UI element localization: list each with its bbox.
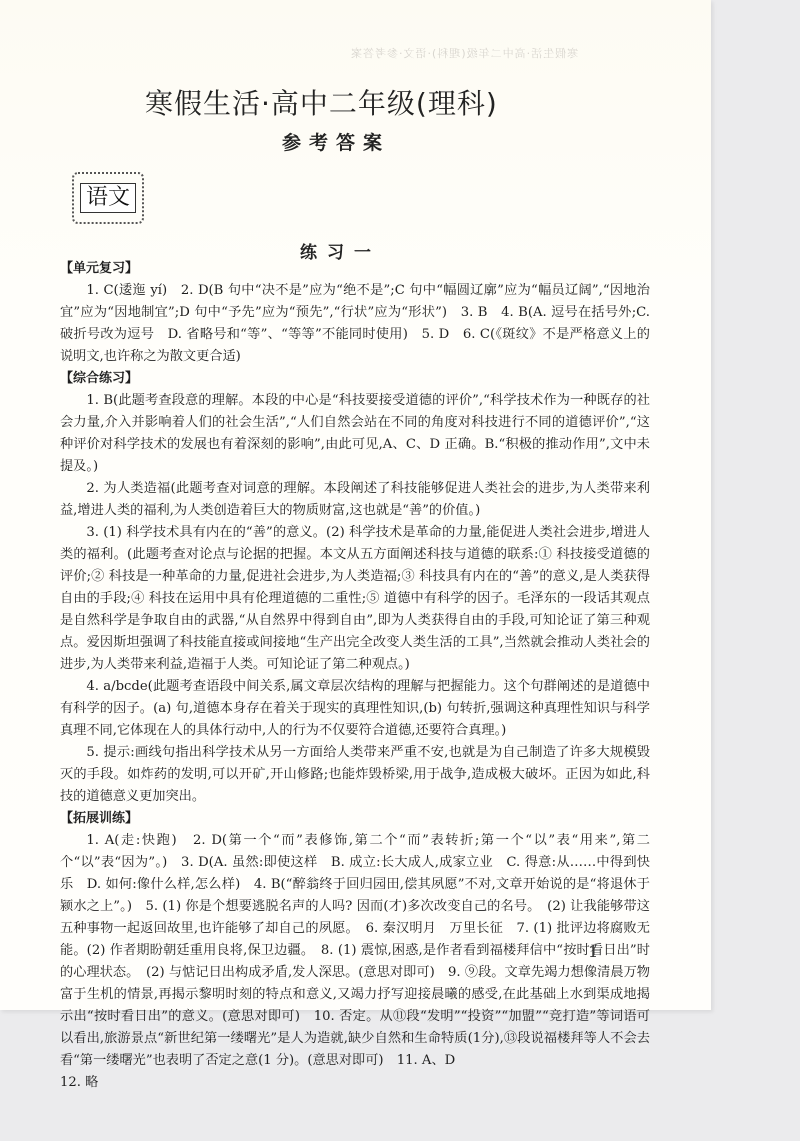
document-title: 寒假生活·高中二年级(理科) bbox=[145, 82, 545, 122]
bleed-through-running-header: 寒假生活·高中二年级(理科)·语文·参考答案 bbox=[350, 45, 578, 61]
page-number: 1 bbox=[588, 942, 598, 961]
document-subtitle: 参考答案 bbox=[282, 128, 390, 155]
answer-paragraph: 5. 提示:画线句指出科学技术从另一方面给人类带来严重不安,也就是为自己制造了许… bbox=[60, 742, 650, 808]
answer-paragraph: 1. C(逶迤 yí) 2. D(B 句中“决不是”应为“绝不是”;C 句中“幅… bbox=[60, 280, 650, 368]
section-heading-unit-review: 【单元复习】 bbox=[60, 258, 650, 280]
section-heading-comprehensive-practice: 【综合练习】 bbox=[60, 368, 650, 390]
answer-paragraph: 4. a/bcde(此题考查语段中间关系,属文章层次结构的理解与把握能力。这个句… bbox=[60, 676, 650, 742]
section-heading-extension-training: 【拓展训练】 bbox=[60, 808, 650, 830]
answer-paragraph: 3. (1) 科学技术具有内在的“善”的意义。(2) 科学技术是革命的力量,能促… bbox=[60, 522, 650, 676]
answer-paragraph: 1. A(走:快跑) 2. D(第一个“而”表修饰,第二个“而”表转折;第一个“… bbox=[60, 830, 650, 1072]
subject-label: 语文 bbox=[80, 183, 136, 213]
answer-paragraph: 2. 为人类造福(此题考查对词意的理解。本段阐述了科技能够促进人类社会的进步,为… bbox=[60, 478, 650, 522]
answer-paragraph: 12. 略 bbox=[60, 1072, 650, 1094]
subject-badge: 语文 bbox=[72, 172, 144, 224]
answer-body: 【单元复习】 1. C(逶迤 yí) 2. D(B 句中“决不是”应为“绝不是”… bbox=[60, 258, 650, 1094]
answer-paragraph: 1. B(此题考查段意的理解。本段的中心是“科技要接受道德的评价”,“科学技术作… bbox=[60, 390, 650, 478]
document-page: 寒假生活·高中二年级(理科)·语文·参考答案 寒假生活·高中二年级(理科) 参考… bbox=[0, 0, 711, 1010]
